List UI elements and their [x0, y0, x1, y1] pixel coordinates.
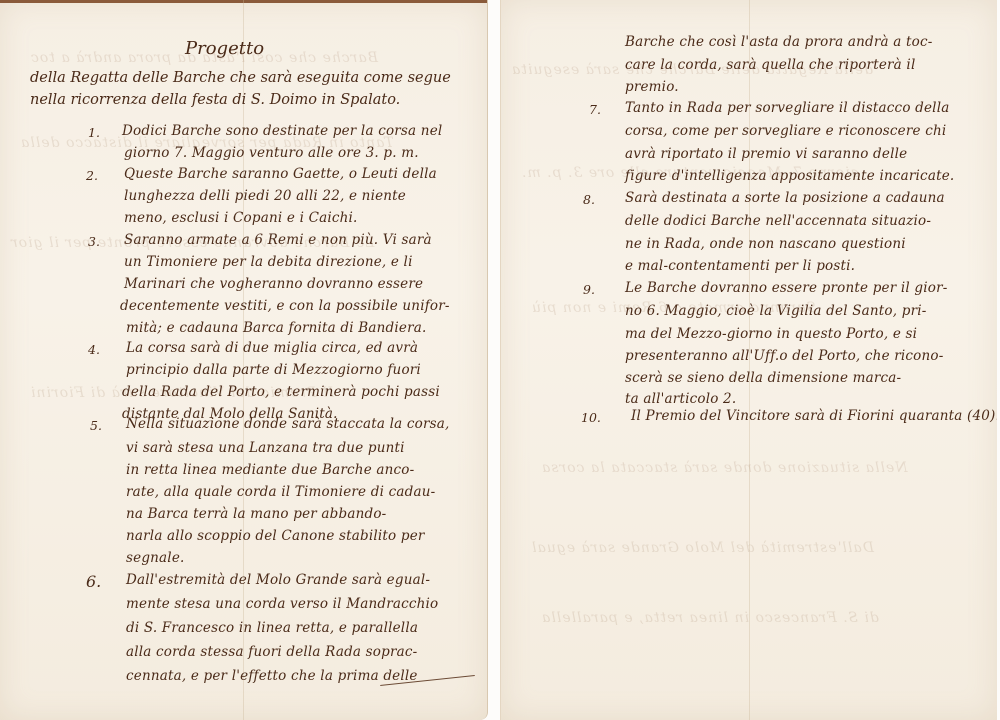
item-line: Tanto in Rada per sorvegliare il distacc…	[625, 100, 949, 116]
item-number: 1.	[88, 125, 100, 140]
fold-line	[243, 0, 244, 720]
item-line: narla allo scoppio del Canone stabilito …	[126, 528, 425, 544]
item-line: cennata, e per l'effetto che la prima de…	[126, 668, 418, 684]
item-line: delle dodici Barche nell'accennata situa…	[625, 213, 931, 229]
item-line: no 6. Maggio, cioè la Vigilia del Santo,…	[625, 303, 927, 319]
item-line: Marinari che vogheranno dovranno essere	[124, 276, 423, 292]
item-line: ne in Rada, onde non nascano questioni	[625, 236, 906, 252]
item-line: Le Barche dovranno essere pronte per il …	[625, 280, 948, 296]
item-line: segnale.	[126, 550, 185, 566]
item-line: Dodici Barche sono destinate per la cors…	[122, 123, 442, 139]
item-line: na Barca terrà la mano per abbando-	[126, 506, 386, 522]
item-number: 4.	[88, 342, 100, 357]
item-line: La corsa sarà di due miglia circa, ed av…	[126, 340, 418, 356]
item-line: meno, esclusi i Copani e i Caichi.	[124, 210, 358, 226]
heading-line-2: nella ricorrenza della festa di S. Doimo…	[30, 92, 400, 108]
manuscript-left-page: Barche che così l'asta da prora andrà a …	[0, 0, 488, 720]
item-line: lunghezza delli piedi 20 alli 22, e nien…	[124, 188, 406, 204]
item-line: avrà riportato il premio vi saranno dell…	[625, 146, 907, 162]
item-number: 8.	[583, 192, 595, 207]
item-line: alla corda stessa fuori della Rada sopra…	[126, 644, 417, 660]
item-line: Il Premio del Vincitore sarà di Fiorini …	[631, 408, 997, 424]
item-line: mente stesa una corda verso il Mandracch…	[126, 596, 438, 612]
item-line: Nella situazione donde sarà staccata la …	[126, 416, 449, 432]
item-line: Dall'estremità del Molo Grande sarà egua…	[126, 572, 430, 588]
item-line: mità; e cadauna Barca fornita di Bandier…	[126, 320, 426, 336]
item-number: 7.	[589, 102, 601, 117]
item-line: figure d'intelligenza appositamente inca…	[625, 168, 954, 184]
item-line: rate, alla quale corda il Timoniere di c…	[126, 484, 435, 500]
item-number: 2.	[86, 168, 98, 183]
item-line: Queste Barche saranno Gaette, o Leuti de…	[124, 166, 437, 182]
item-line: della Rada del Porto, e terminerà pochi …	[122, 384, 440, 400]
item-line: principio dalla parte di Mezzogiorno fuo…	[126, 362, 421, 378]
item-line: di S. Francesco in linea retta, e parall…	[126, 620, 418, 636]
item-line: decentemente vestiti, e con la possibile…	[120, 298, 450, 314]
item-line: Sarà destinata a sorte la posizione a ca…	[625, 190, 945, 206]
item-line: e mal-contentamenti per li posti.	[625, 258, 855, 274]
continuation-line: care la corda, sarà quella che riporterà…	[625, 57, 915, 73]
item-line: in retta linea mediante due Barche anco-	[126, 462, 414, 478]
item-number: 5.	[90, 418, 102, 433]
item-line: Saranno armate a 6 Remi e non più. Vi sa…	[124, 232, 432, 248]
item-line: giorno 7. Maggio venturo alle ore 3. p. …	[124, 145, 419, 161]
item-number: 6.	[86, 572, 101, 591]
document-title: Progetto	[185, 38, 264, 59]
continuation-line: Barche che così l'asta da prora andrà a …	[625, 34, 932, 50]
item-line: ma del Mezzo-giorno in questo Porto, e s…	[625, 326, 917, 342]
item-line: presenteranno all'Uff.o del Porto, che r…	[625, 348, 944, 364]
item-line: vi sarà stesa una Lanzana tra due punti	[126, 440, 405, 456]
continuation-line: premio.	[625, 79, 679, 95]
item-number: 10.	[581, 410, 601, 425]
item-number: 3.	[88, 234, 100, 249]
item-number: 9.	[583, 282, 595, 297]
item-line: un Timoniere per la debita direzione, e …	[124, 254, 413, 270]
item-line: ta all'articolo 2.	[625, 391, 736, 407]
heading-line-1: della Regatta delle Barche che sarà eseg…	[30, 70, 451, 86]
item-line: scerà se sieno della dimensione marca-	[625, 370, 901, 386]
manuscript-right-page: della Regatta delle Barche che sarà eseg…	[500, 0, 997, 720]
item-line: corsa, come per sorvegliare e riconoscer…	[625, 123, 946, 139]
